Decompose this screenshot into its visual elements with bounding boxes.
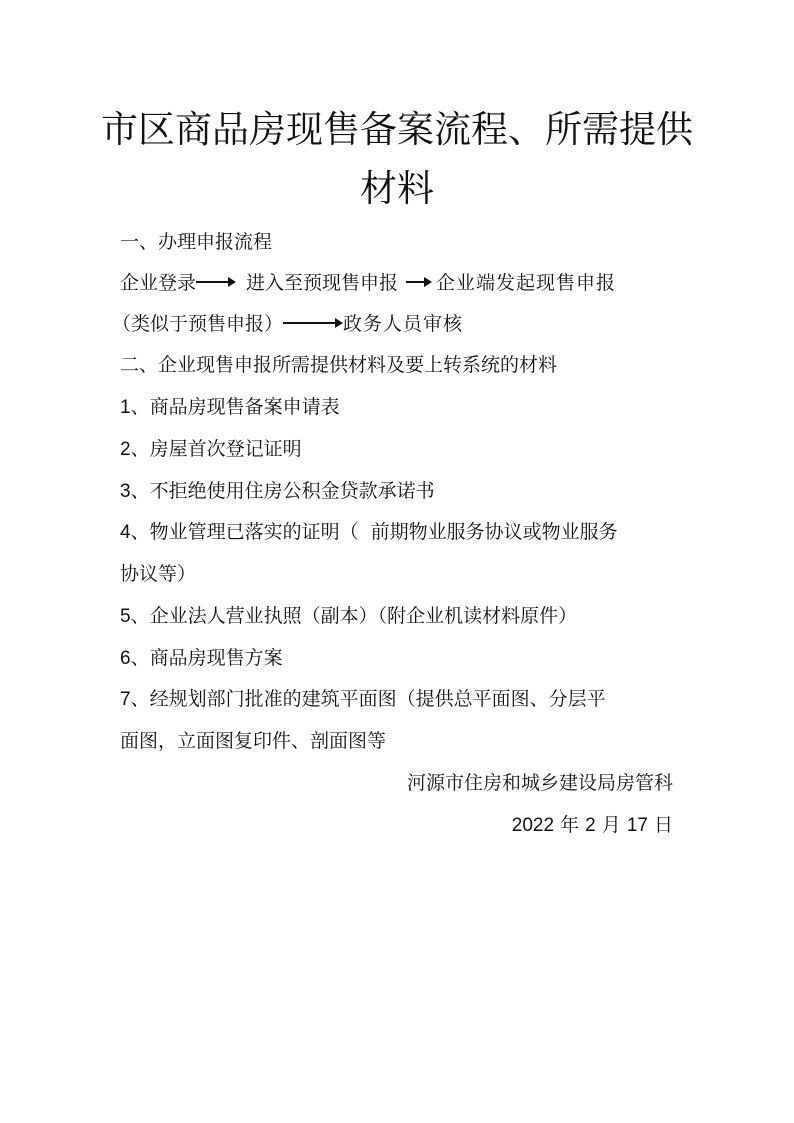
list-item: 7、经规划部门批准的建筑平面图（提供总平面图、分层平 [120, 690, 606, 709]
arrow-icon [406, 281, 430, 283]
list-item: 4、物业管理已落实的证明（ 前期物业服务协议或物业服务 [120, 523, 618, 542]
section2-heading: 二、企业现售申报所需提供材料及要上转系统的材料 [120, 356, 557, 375]
list-item: 3、不拒绝使用住房公积金贷款承诺书 [120, 482, 435, 501]
flow-step-enter-presale: 进入至预现售申报 [246, 272, 398, 294]
document-title-line2: 材料 [100, 170, 694, 207]
document-title-line1: 市区商品房现售备案流程、所需提供 [100, 111, 694, 148]
flow-line2: （类似于预售申报）政务人员审核 [112, 315, 463, 334]
list-item: 5、企业法人营业执照（副本）（附企业机读材料原件） [120, 607, 577, 626]
list-item-continuation: 协议等） [120, 565, 196, 584]
flow-line1: 企业登录进入至预现售申报企业端发起现售申报 [120, 274, 616, 293]
list-item: 1、商品房现售备案申请表 [120, 398, 340, 417]
signature-org: 河源市住房和城乡建设局房管科 [407, 774, 673, 793]
flow-step-initiate-sale: 企业端发起现售申报 [436, 272, 616, 294]
flow-step-note: （类似于预售申报） [112, 313, 283, 335]
arrow-icon [283, 322, 341, 324]
list-item: 2、房屋首次登记证明 [120, 440, 302, 459]
flow-step-login: 企业登录 [120, 272, 196, 294]
list-item-continuation: 面图，立面图复印件、剖面图等 [120, 732, 386, 751]
section1-heading: 一、办理申报流程 [120, 233, 272, 252]
arrow-icon [196, 281, 234, 283]
flow-step-review: 政务人员审核 [343, 313, 463, 335]
list-item: 6、商品房现售方案 [120, 649, 283, 668]
signature-date: 2022 年 2 月 17 日 [512, 816, 673, 835]
